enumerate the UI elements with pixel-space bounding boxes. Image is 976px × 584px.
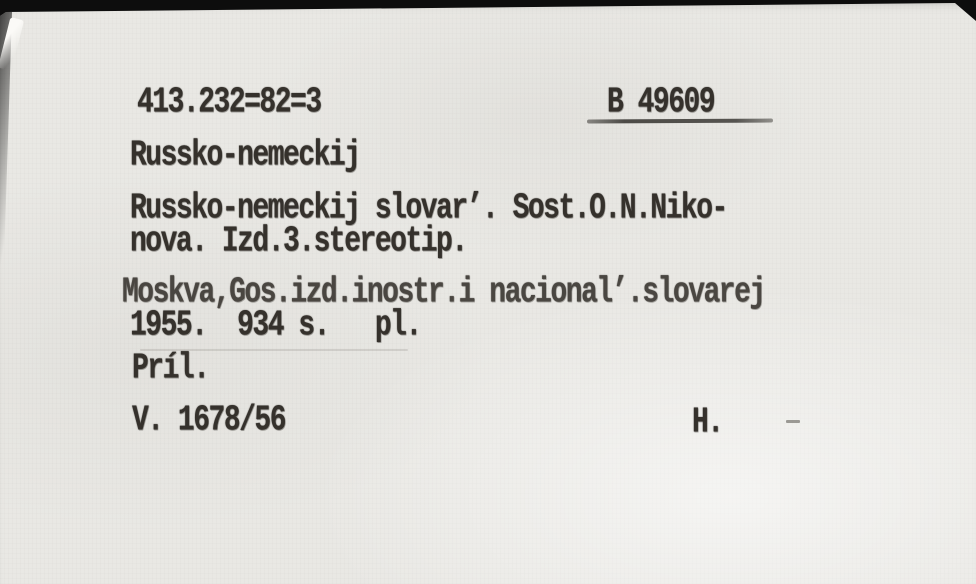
card-paper: 413.232=82=3 B 49609 Russko-nemeckij Rus… (0, 0, 976, 584)
cataloger-initial: H. (692, 406, 723, 442)
shelf-mark-underline (587, 119, 773, 124)
call-number: 413.232=82=3 (137, 86, 321, 122)
title-line-2: nova. Izd.3.stereotip. (130, 225, 467, 261)
stray-pencil-dash (786, 420, 800, 423)
imprint-line-2: 1955. 934 s. pl. (130, 309, 421, 345)
heading: Russko-nemeckij (130, 139, 360, 175)
scanned-catalog-card: 413.232=82=3 B 49609 Russko-nemeckij Rus… (0, 0, 976, 584)
shelf-mark: B 49609 (607, 86, 714, 122)
accession-number: V. 1678/56 (132, 404, 285, 440)
note: Príl. (132, 352, 209, 388)
